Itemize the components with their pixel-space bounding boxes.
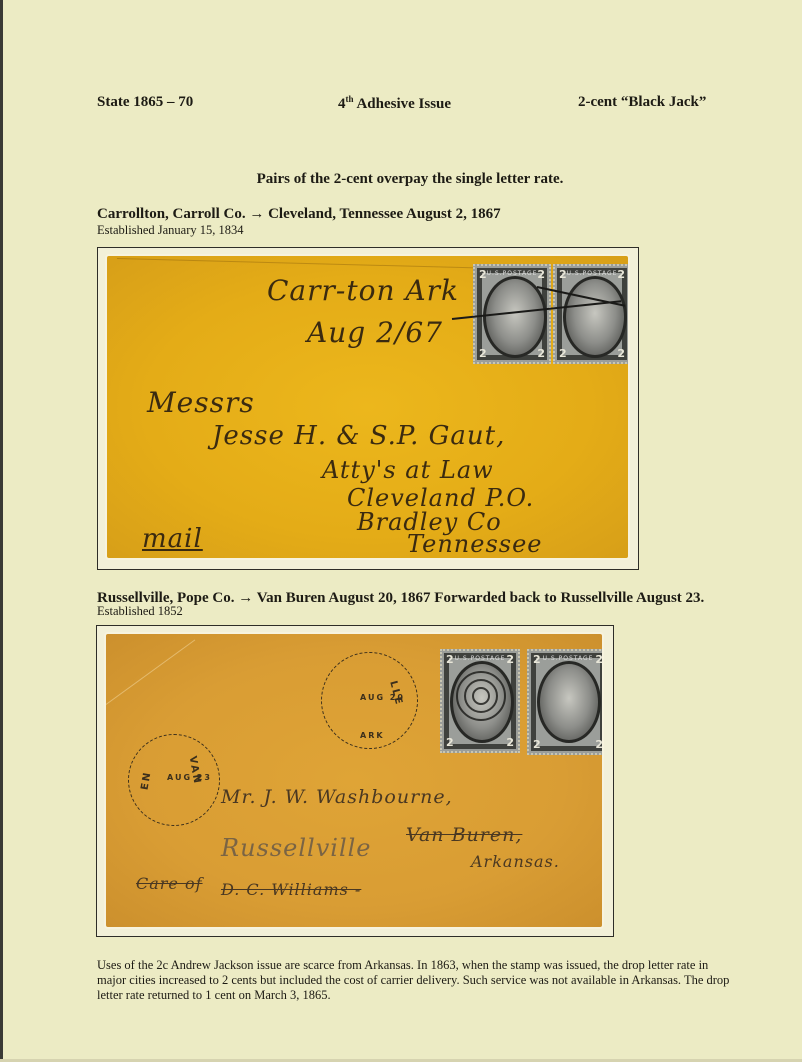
flap-edge bbox=[117, 258, 477, 268]
cover-2-frame: EN VAN AUG 23 LLE AUG 20 ARK U.S.POSTAGE… bbox=[96, 625, 614, 937]
postmark-date: AUG 20 bbox=[360, 693, 405, 702]
manuscript-date: Aug 2/67 bbox=[307, 316, 443, 349]
cover-1-frame: U.S.POSTAGE 2 2 2 2 U.S.POSTAGE 2 2 2 2 … bbox=[97, 247, 639, 570]
cover-1-established: Established January 15, 1834 bbox=[97, 223, 244, 238]
target-cancel-icon bbox=[472, 687, 490, 705]
jackson-portrait-icon bbox=[537, 661, 601, 743]
postmark-text: EN bbox=[140, 770, 154, 791]
stamp-denomination: 2 bbox=[617, 347, 625, 360]
stamp-denomination: 2 bbox=[506, 653, 514, 666]
manuscript-original-city: Van Buren, bbox=[406, 824, 522, 846]
stamp-denomination: 2 bbox=[533, 653, 541, 666]
manuscript-forward-to: Russellville bbox=[221, 834, 372, 862]
flap-edge bbox=[106, 639, 195, 704]
stamp-denomination: 2 bbox=[479, 347, 487, 360]
stamp-denomination: 2 bbox=[617, 268, 625, 281]
page-edge bbox=[0, 0, 3, 1062]
stamp-denomination: 2 bbox=[537, 347, 545, 360]
issue-ordinal: th bbox=[346, 94, 354, 104]
stamp-black-jack[interactable]: U.S.POSTAGE 2 2 2 2 bbox=[527, 649, 602, 755]
manuscript-care-of: Care of bbox=[136, 874, 203, 893]
postmark-date: AUG 23 bbox=[167, 773, 212, 782]
manuscript-origin: Carr-ton Ark bbox=[267, 274, 459, 307]
stamp-denomination: 2 bbox=[537, 268, 545, 281]
jackson-portrait-icon bbox=[563, 276, 627, 358]
cover-1-envelope[interactable]: U.S.POSTAGE 2 2 2 2 U.S.POSTAGE 2 2 2 2 … bbox=[107, 256, 628, 558]
cover-2-envelope[interactable]: EN VAN AUG 23 LLE AUG 20 ARK U.S.POSTAGE… bbox=[106, 634, 602, 927]
header-issue: 4th Adhesive Issue bbox=[338, 94, 451, 113]
stamp-black-jack[interactable]: U.S.POSTAGE 2 2 2 2 bbox=[553, 264, 628, 364]
stamp-black-jack[interactable]: U.S.POSTAGE 2 2 2 2 bbox=[440, 649, 520, 753]
manuscript-salutation: Messrs bbox=[147, 386, 255, 419]
manuscript-addressee: Jesse H. & S.P. Gaut, bbox=[212, 421, 505, 451]
cover-1-title: Carrollton, Carroll Co. → Cleveland, Ten… bbox=[97, 206, 501, 223]
manuscript-address-line: Atty's at Law bbox=[322, 456, 494, 484]
postmark-van-buren: EN VAN AUG 23 bbox=[128, 734, 220, 826]
footer-note: Uses of the 2c Andrew Jackson issue are … bbox=[97, 958, 737, 1003]
stamp-denomination: 2 bbox=[559, 347, 567, 360]
issue-number: 4 bbox=[338, 96, 346, 112]
header-stamp-name: 2-cent “Black Jack” bbox=[578, 94, 706, 111]
cover-2-title: Russellville, Pope Co. → Van Buren Augus… bbox=[97, 590, 704, 607]
stamp-denomination: 2 bbox=[479, 268, 487, 281]
manuscript-state: Arkansas. bbox=[471, 852, 560, 871]
cover-2-established: Established 1852 bbox=[97, 604, 183, 619]
manuscript-care-name: D. C. Williams - bbox=[221, 880, 361, 899]
header-state: State 1865 – 70 bbox=[97, 94, 193, 111]
stamp-denomination: 2 bbox=[506, 736, 514, 749]
manuscript-endorsement: mail bbox=[142, 524, 203, 554]
stamp-denomination: 2 bbox=[446, 653, 454, 666]
postmark-russellville: LLE AUG 20 ARK bbox=[321, 652, 418, 749]
issue-label: Adhesive Issue bbox=[354, 96, 452, 112]
stamp-denomination: 2 bbox=[595, 738, 602, 751]
stamp-denomination: 2 bbox=[446, 736, 454, 749]
stamp-denomination: 2 bbox=[559, 268, 567, 281]
page-subtitle: Pairs of the 2-cent overpay the single l… bbox=[0, 171, 802, 188]
postmark-text: ARK bbox=[360, 731, 385, 740]
manuscript-addressee: Mr. J. W. Washbourne, bbox=[221, 786, 453, 808]
stamp-denomination: 2 bbox=[595, 653, 602, 666]
manuscript-address-line: Tennessee bbox=[407, 530, 543, 558]
stamp-denomination: 2 bbox=[533, 738, 541, 751]
